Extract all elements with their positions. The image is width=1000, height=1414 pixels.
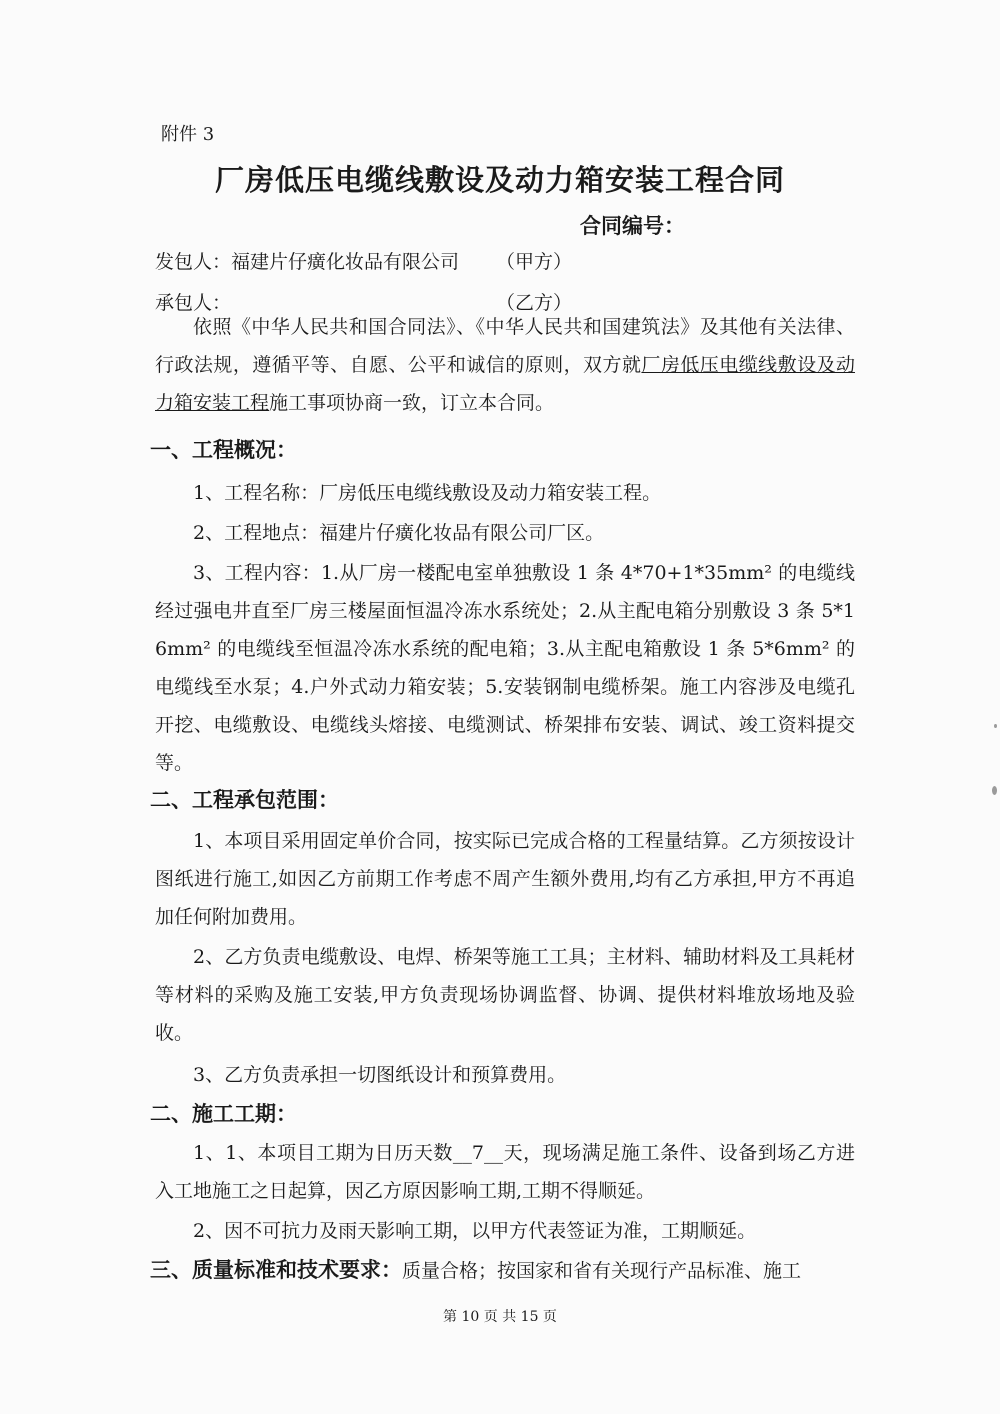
party-label: 发包人： <box>155 251 231 273</box>
preamble-paragraph: 依照《中华人民共和国合同法》、《中华人民共和国建筑法》及其他有关法律、行政法规，… <box>155 308 855 422</box>
preamble-text-end: 施工事项协商一致，订立本合同。 <box>269 392 554 414</box>
party-name: 福建片仔癀化妆品有限公司 <box>231 251 459 273</box>
scan-speck <box>994 724 997 728</box>
contract-number-label: 合同编号： <box>580 210 685 240</box>
document-page: 附件 3 厂房低压电缆线敷设及动力箱安装工程合同 合同编号： 发包人：福建片仔癀… <box>0 0 1000 1414</box>
section-heading-scope: 二、工程承包范围： <box>150 784 339 814</box>
schedule-item-1: 1、1、本项目工期为日历天数__7__天，现场满足施工条件、设备到场乙方进入工地… <box>155 1134 855 1210</box>
overview-item-1: 1、工程名称：厂房低压电缆线敷设及动力箱安装工程。 <box>155 474 855 512</box>
section-heading-schedule: 二、施工工期： <box>150 1098 297 1128</box>
section-heading-overview: 一、工程概况： <box>150 434 297 464</box>
overview-item-2: 2、工程地点：福建片仔癀化妆品有限公司厂区。 <box>155 514 855 552</box>
quality-heading-text: 三、质量标准和技术要求： <box>150 1258 402 1282</box>
scope-item-1: 1、本项目采用固定单价合同，按实际已完成合格的工程量结算。乙方须按设计图纸进行施… <box>155 822 855 936</box>
quality-inline-text: 质量合格；按国家和省有关现行产品标准、施工 <box>402 1260 801 1282</box>
section-heading-quality: 三、质量标准和技术要求：质量合格；按国家和省有关现行产品标准、施工 <box>150 1254 801 1284</box>
page-footer: 第 10 页 共 15 页 <box>0 1306 1000 1326</box>
party-role: （甲方） <box>496 247 572 274</box>
overview-item-3: 3、工程内容：1.从厂房一楼配电室单独敷设 1 条 4*70+1*35mm² 的… <box>155 554 855 782</box>
schedule-item-2: 2、因不可抗力及雨天影响工期，以甲方代表签证为准，工期顺延。 <box>155 1212 855 1250</box>
attachment-label: 附件 3 <box>161 120 214 146</box>
party-employer: 发包人：福建片仔癀化妆品有限公司 （甲方） <box>155 247 459 274</box>
document-title: 厂房低压电缆线敷设及动力箱安装工程合同 <box>0 158 1000 199</box>
scope-item-2: 2、乙方负责电缆敷设、电焊、桥架等施工工具；主材料、辅助材料及工具耗材等材料的采… <box>155 938 855 1052</box>
scan-speck <box>992 786 997 795</box>
scope-item-3: 3、乙方负责承担一切图纸设计和预算费用。 <box>155 1056 855 1094</box>
